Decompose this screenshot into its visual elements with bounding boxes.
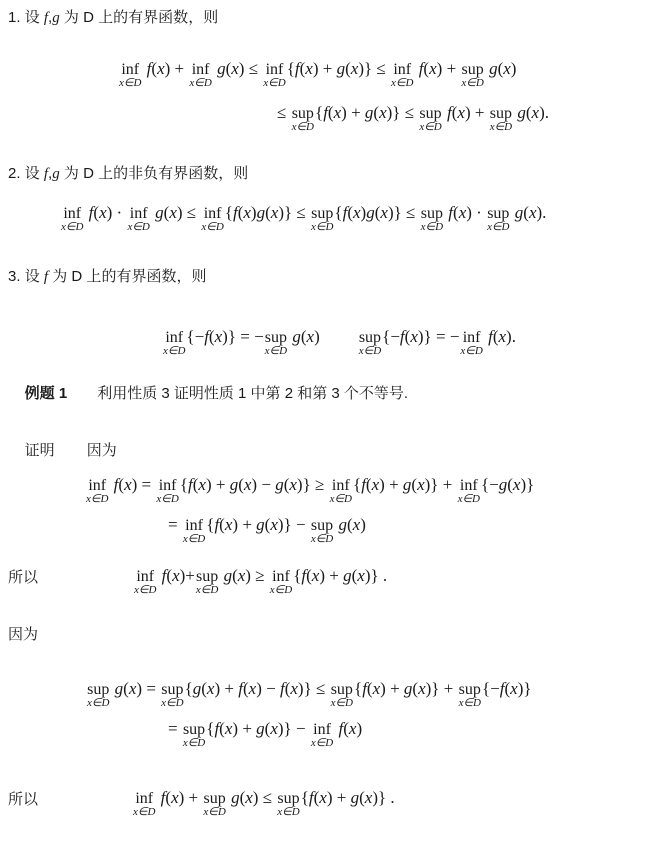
so-2-formula: infx∈D f(x) + supx∈D g(x) ≤ supx∈D{f(x) … <box>132 787 395 818</box>
proof-opening-line: 证明因为 <box>8 421 117 481</box>
example-1-label: 例题 1 <box>25 385 68 402</box>
example-1-line: 例题 1利用性质 3 证明性质 1 中第 2 和第 3 个不等号. <box>8 364 408 424</box>
so-1-label: 所以 <box>8 568 38 588</box>
property-2-formula: infx∈D f(x) · infx∈D g(x) ≤ infx∈D{f(x)g… <box>60 202 546 233</box>
proof-label: 证明 <box>25 442 55 459</box>
property-1-formula-line-2: ≤ supx∈D{f(x) + g(x)} ≤ supx∈D f(x) + su… <box>277 102 549 133</box>
property-1-formula-line-1: infx∈D f(x) + infx∈D g(x) ≤ infx∈D{f(x) … <box>118 58 516 89</box>
document-page: 1. 设 f,g 为 D 上的有界函数，则 infx∈D f(x) + infx… <box>0 0 671 853</box>
derivation-2-line-1: supx∈D g(x) = supx∈D{g(x) + f(x) − f(x)}… <box>86 678 532 709</box>
derivation-1-line-1: infx∈D f(x) = infx∈D{f(x) + g(x) − g(x)}… <box>85 474 534 505</box>
so-1-formula: infx∈D f(x)+supx∈D g(x) ≥ infx∈D{f(x) + … <box>133 565 387 596</box>
property-3-formula-left: infx∈D{−f(x)} = −supx∈D g(x) <box>162 327 320 346</box>
property-3-heading: 3. 设 f 为 D 上的有界函数，则 <box>8 267 207 287</box>
because-1-label: 因为 <box>87 442 117 459</box>
so-2-label: 所以 <box>8 790 38 810</box>
derivation-1-line-2: = infx∈D{f(x) + g(x)} − supx∈D g(x) <box>168 514 366 545</box>
property-2-heading: 2. 设 f,g 为 D 上的非负有界函数，则 <box>8 164 248 184</box>
property-3-formula-right: supx∈D{−f(x)} = −infx∈D f(x). <box>358 327 516 346</box>
example-1-text: 利用性质 3 证明性质 1 中第 2 和第 3 个不等号. <box>97 385 408 402</box>
property-1-heading: 1. 设 f,g 为 D 上的有界函数，则 <box>8 8 218 28</box>
because-2-label: 因为 <box>8 625 38 645</box>
derivation-2-line-2: = supx∈D{f(x) + g(x)} − infx∈D f(x) <box>168 718 362 749</box>
